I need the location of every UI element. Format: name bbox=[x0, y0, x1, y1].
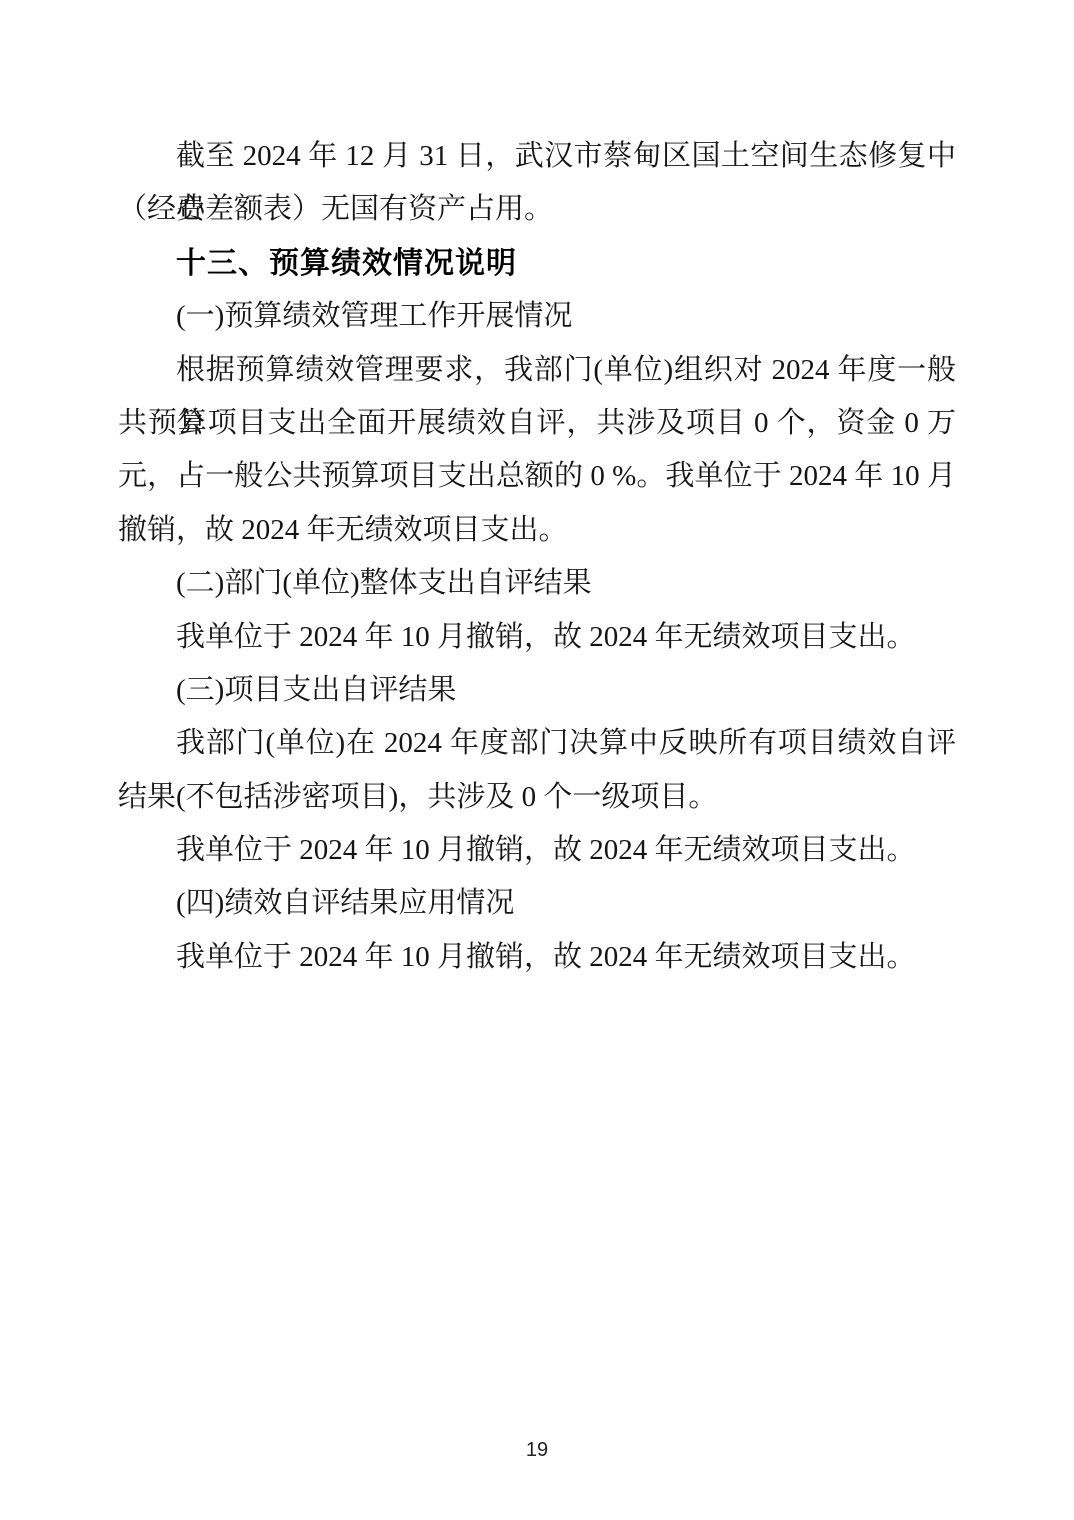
paragraph-line: 结果(不包括涉密项目)，共涉及 0 个一级项目。 bbox=[118, 771, 956, 824]
paragraph-first-line: 根据预算绩效管理要求，我部门(单位)组织对 2024 年度一般公 bbox=[118, 344, 956, 397]
paragraph-first-line: 我单位于 2024 年 10 月撤销，故 2024 年无绩效项目支出。 bbox=[118, 824, 956, 877]
paragraph-first-line: 截至 2024 年 12 月 31 日，武汉市蔡甸区国土空间生态修复中心 bbox=[118, 130, 956, 183]
page-footer: 19 bbox=[0, 1436, 1074, 1464]
document-page: 截至 2024 年 12 月 31 日，武汉市蔡甸区国土空间生态修复中心 （经费… bbox=[0, 0, 1074, 1520]
paragraph-first-line: 我单位于 2024 年 10 月撤销，故 2024 年无绩效项目支出。 bbox=[118, 931, 956, 984]
subsection-heading: (三)项目支出自评结果 bbox=[118, 664, 956, 717]
paragraph-first-line: 我单位于 2024 年 10 月撤销，故 2024 年无绩效项目支出。 bbox=[118, 611, 956, 664]
paragraph-line: 共预算项目支出全面开展绩效自评，共涉及项目 0 个，资金 0 万 bbox=[118, 397, 956, 450]
subsection-heading: (二)部门(单位)整体支出自评结果 bbox=[118, 557, 956, 610]
page-number: 19 bbox=[526, 1439, 548, 1461]
paragraph-line: （经费差额表）无国有资产占用。 bbox=[118, 183, 956, 236]
paragraph-line: 元，占一般公共预算项目支出总额的 0 %。我单位于 2024 年 10 月 bbox=[118, 450, 956, 503]
paragraph-line: 撤销，故 2024 年无绩效项目支出。 bbox=[118, 504, 956, 557]
document-text-block: 截至 2024 年 12 月 31 日，武汉市蔡甸区国土空间生态修复中心 （经费… bbox=[118, 130, 956, 984]
subsection-heading: (四)绩效自评结果应用情况 bbox=[118, 877, 956, 930]
section-heading: 十三、预算绩效情况说明 bbox=[118, 237, 956, 290]
paragraph-first-line: 我部门(单位)在 2024 年度部门决算中反映所有项目绩效自评 bbox=[118, 717, 956, 770]
subsection-heading: (一)预算绩效管理工作开展情况 bbox=[118, 290, 956, 343]
